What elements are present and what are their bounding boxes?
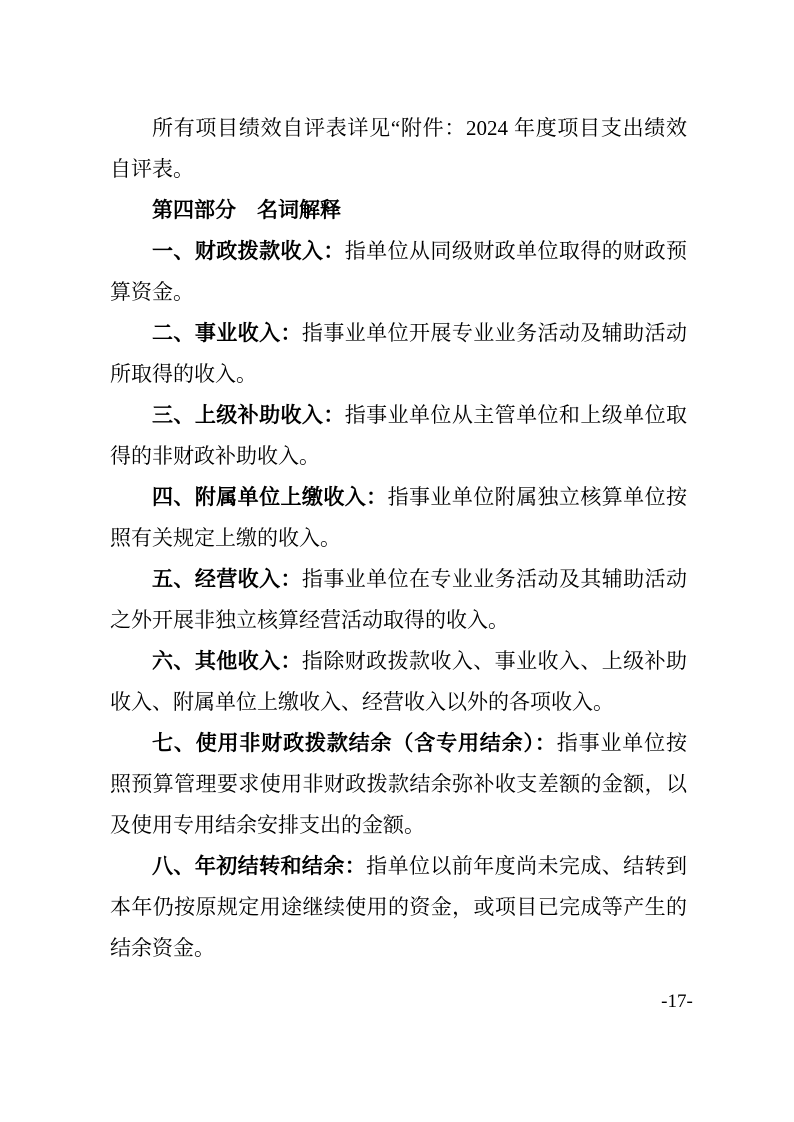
term-paragraph-4: 四、附属单位上缴收入：指事业单位附属独立核算单位按照有关规定上缴的收入。	[110, 477, 687, 559]
term-paragraph-2: 二、事业收入：指事业单位开展专业业务活动及辅助活动所取得的收入。	[110, 313, 687, 395]
term-paragraph-8: 八、年初结转和结余：指单位以前年度尚未完成、结转到本年仍按原规定用途继续使用的资…	[110, 846, 687, 969]
section-heading: 第四部分 名词解释	[110, 190, 687, 231]
term-label: 八、年初结转和结余：	[152, 855, 366, 878]
intro-paragraph: 所有项目绩效自评表详见“附件：2024 年度项目支出绩效自评表。	[110, 108, 687, 190]
term-paragraph-7: 七、使用非财政拨款结余（含专用结余）：指事业单位按照预算管理要求使用非财政拨款结…	[110, 723, 687, 846]
term-paragraph-3: 三、上级补助收入：指事业单位从主管单位和上级单位取得的非财政补助收入。	[110, 395, 687, 477]
term-label: 五、经营收入：	[152, 568, 302, 591]
term-paragraph-5: 五、经营收入：指事业单位在专业业务活动及其辅助活动之外开展非独立核算经营活动取得…	[110, 559, 687, 641]
term-paragraph-6: 六、其他收入：指除财政拨款收入、事业收入、上级补助收入、附属单位上缴收入、经营收…	[110, 641, 687, 723]
document-page: 所有项目绩效自评表详见“附件：2024 年度项目支出绩效自评表。 第四部分 名词…	[0, 0, 794, 1122]
term-label: 一、财政拨款收入：	[152, 240, 345, 263]
term-label: 三、上级补助收入：	[152, 404, 345, 427]
term-paragraph-1: 一、财政拨款收入：指单位从同级财政单位取得的财政预算资金。	[110, 231, 687, 313]
term-label: 二、事业收入：	[152, 322, 302, 345]
page-number: -17-	[645, 990, 709, 1014]
term-label: 七、使用非财政拨款结余（含专用结余）：	[152, 732, 557, 755]
term-label: 六、其他收入：	[152, 650, 302, 673]
term-label: 四、附属单位上缴收入：	[152, 486, 388, 509]
document-content: 所有项目绩效自评表详见“附件：2024 年度项目支出绩效自评表。 第四部分 名词…	[110, 108, 687, 969]
